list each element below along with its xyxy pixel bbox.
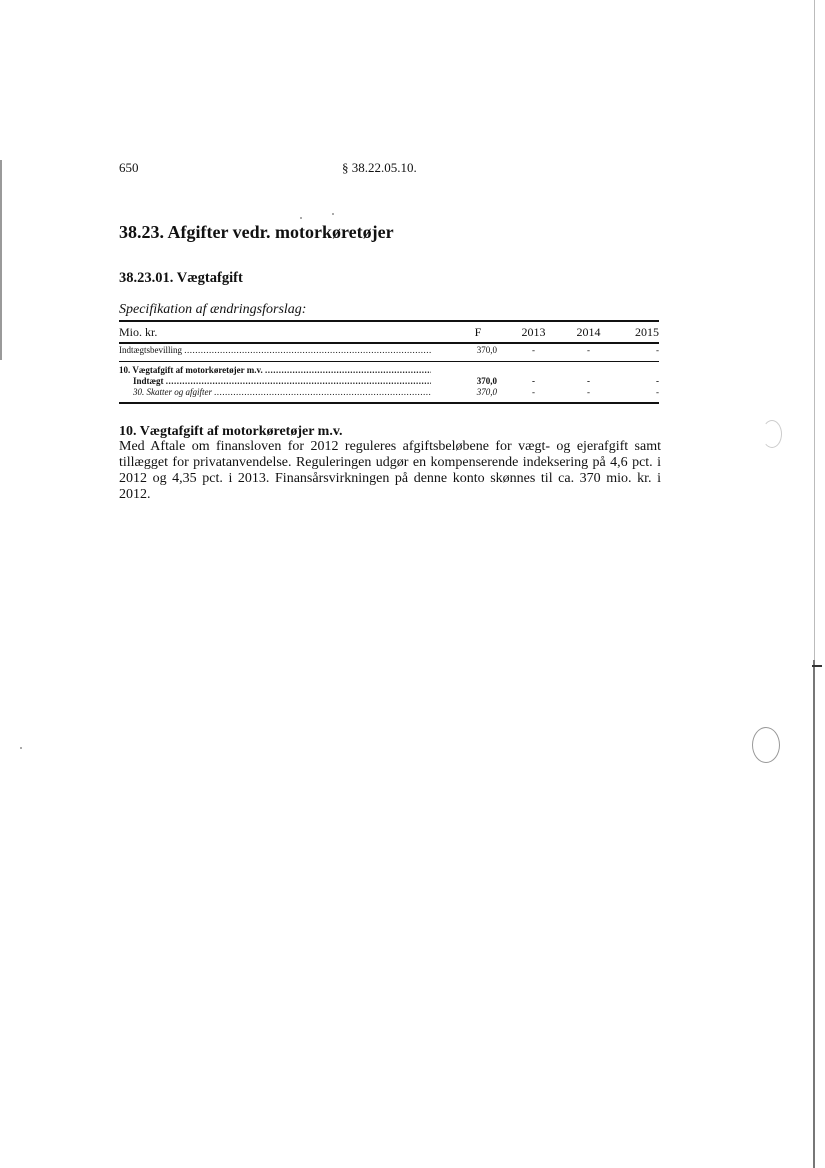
scan-left-edge (0, 160, 2, 360)
cell-2014: - (574, 387, 603, 397)
cell-f: 370,0 (459, 376, 497, 386)
cell-2014: - (574, 376, 603, 386)
subsection-heading: 38.23.01. Vægtafgift (119, 270, 243, 287)
account-body-text: Med Aftale om finansloven for 2012 regul… (119, 439, 661, 503)
header-rule (119, 342, 659, 344)
punch-hole-mark (752, 727, 780, 763)
specification-title: Specifikation af ændringsforslag: (119, 302, 306, 318)
cell-2013: - (519, 376, 548, 386)
cell-2015: - (624, 387, 659, 397)
leader-dots: ........................................… (214, 387, 431, 397)
leader-dots: ........................................… (166, 376, 431, 386)
column-header-2015: 2015 (624, 325, 659, 340)
row-label: 10. Vægtafgift af motorkøretøjer m.v. (119, 365, 263, 375)
cell-2013: - (519, 345, 548, 355)
row-rule (119, 361, 659, 362)
row-label: 30. Skatter og afgifter (133, 387, 212, 397)
punch-hole-faint (762, 420, 782, 448)
leader-dots: ........................................… (265, 365, 431, 375)
row-label: Indtægt (133, 376, 164, 386)
table-top-rule (119, 320, 659, 322)
leader-dots: ........................................… (184, 345, 431, 355)
section-heading: 38.23. Afgifter vedr. motorkøretøjer (119, 222, 394, 243)
page-number: 650 (119, 160, 139, 176)
row-label: Indtægtsbevilling (119, 345, 182, 355)
table-header-row: Mio. kr. F 2013 2014 2015 (119, 325, 659, 339)
scan-speck (332, 213, 334, 215)
column-header-2014: 2014 (574, 325, 603, 340)
table-row: 30. Skatter og afgifter ................… (119, 387, 659, 401)
column-header-f: F (459, 325, 497, 340)
scan-right-edge-mark (812, 665, 822, 667)
cell-f: 370,0 (459, 345, 497, 355)
section-reference: § 38.22.05.10. (342, 160, 417, 176)
scan-speck (300, 217, 302, 219)
scan-right-edge-dark (813, 660, 815, 1168)
cell-2015: - (624, 376, 659, 386)
table-row: Indtægtsbevilling ......................… (119, 345, 659, 359)
column-header-2013: 2013 (519, 325, 548, 340)
cell-2013: - (519, 387, 548, 397)
cell-2014: - (574, 345, 603, 355)
column-header-unit: Mio. kr. (119, 325, 431, 340)
cell-f: 370,0 (459, 387, 497, 397)
table-bottom-rule (119, 402, 659, 404)
account-heading: 10. Vægtafgift af motorkøretøjer m.v. (119, 424, 343, 440)
cell-2015: - (624, 345, 659, 355)
scan-speck (20, 747, 22, 749)
